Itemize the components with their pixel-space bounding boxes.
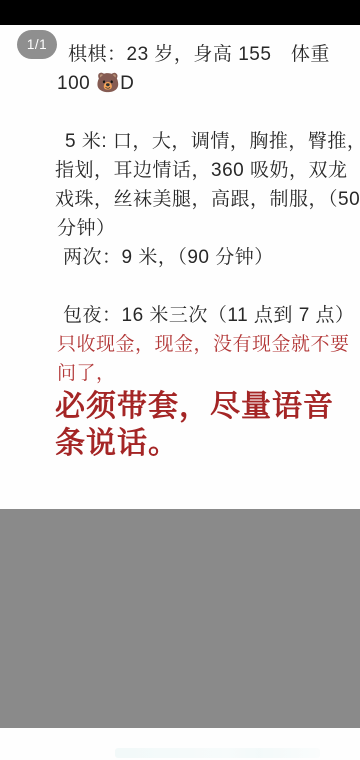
faint-watermark — [115, 748, 320, 758]
viewed-image[interactable]: 棋棋：23 岁，身高 155 体重 100 🐻D 5 米: 口，大，调情，胸推，… — [0, 25, 360, 760]
doc-line: 5 米: 口，大，调情，胸推，臀推， — [55, 127, 320, 156]
doc-line: 指划，耳边情话，360 吸奶，双龙 — [55, 156, 320, 185]
gray-image-region — [0, 509, 360, 728]
doc-line: 分钟） — [55, 214, 320, 243]
doc-line: 两次：9 米，（90 分钟） — [55, 243, 320, 272]
blank-line — [55, 272, 320, 301]
doc-line: 100 🐻D — [55, 69, 320, 98]
page-indicator-label: 1/1 — [27, 37, 47, 52]
blank-line — [55, 98, 320, 127]
document-text-block: 棋棋：23 岁，身高 155 体重 100 🐻D 5 米: 口，大，调情，胸推，… — [0, 25, 360, 462]
status-bar — [0, 0, 360, 25]
doc-line-red: 问了， — [55, 359, 320, 388]
doc-line-big-red: 条说话。 — [55, 425, 320, 462]
phone-screen: 1/1 棋棋：23 岁，身高 155 体重 100 🐻D 5 米: 口，大，调情… — [0, 0, 360, 760]
page-indicator-badge: 1/1 — [17, 30, 57, 59]
doc-line: 戏珠，丝袜美腿，高跟，制服，（50 — [55, 185, 320, 214]
doc-line: 棋棋：23 岁，身高 155 体重 — [55, 40, 320, 69]
doc-line: 包夜：16 米三次（11 点到 7 点） — [55, 301, 320, 330]
doc-line-big-red: 必须带套，尽量语音 — [55, 388, 320, 425]
doc-line-red: 只收现金，现金，没有现金就不要 — [55, 330, 320, 359]
